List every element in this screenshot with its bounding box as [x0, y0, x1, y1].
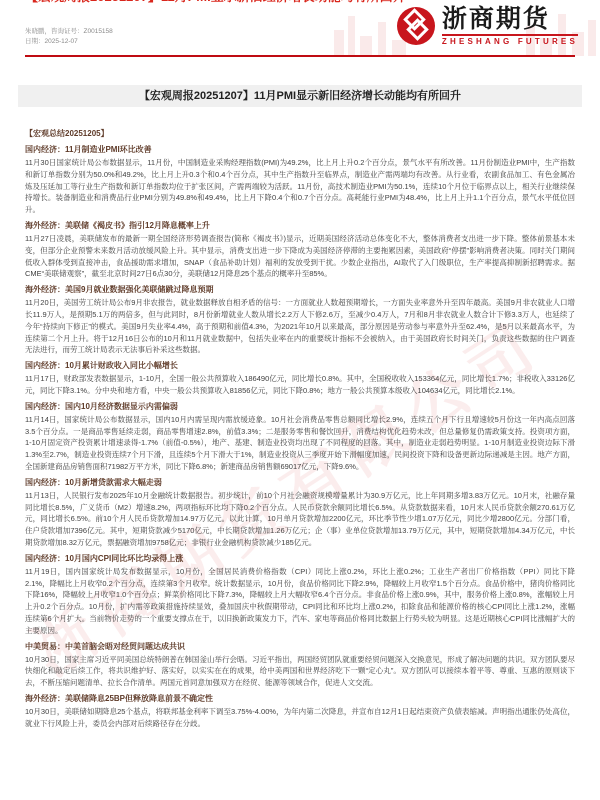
zheshang-futures-logo: 浙商期货 ZHESHANG FUTURES	[396, 6, 578, 46]
summary-heading: 【宏观总结20251205】	[25, 128, 575, 139]
section-paragraph: 11月14日，国家统计局公布数据显示，国内10月内需呈现内需放缓迹象。10月社会…	[25, 414, 575, 473]
author-line: 朱晓鹏，咨询证号：Z0015158	[25, 27, 113, 37]
report-header: 【宏观周报20251207】11月PMI显示新旧经济增长动能均有所回升 朱晓鹏，…	[0, 0, 600, 60]
logo-en-text: ZHESHANG FUTURES	[442, 37, 578, 46]
section-paragraph: 11月20日，美国劳工统计局公布9月非农报告，就业数据释放自相矛盾的信号：一方面…	[25, 297, 575, 356]
report-meta: 朱晓鹏，咨询证号：Z0015158 日期：2025-12-07	[25, 27, 113, 46]
section-paragraph: 11月19日，国内国家统计局发布数据显示，10月份，全国居民消费价格指数（CPI…	[25, 566, 575, 637]
date-line: 日期：2025-12-07	[25, 37, 113, 47]
section-heading: 海外经济：美联储降息25BP但释放降息前景不确定性	[25, 693, 575, 704]
section-paragraph: 11月27日凌晨，美联储发布的最新一期全国经济形势调查报告(简称《褐皮书》)显示…	[25, 233, 575, 280]
document-body: 【宏观总结20251205】 国内经济：11月制造业PMI环比改善 11月30日…	[25, 124, 575, 800]
section-heading: 国内经济：10月累计财政收入同比小幅增长	[25, 360, 575, 371]
section-heading: 国内经济：10月新增贷款需求大幅走弱	[25, 477, 575, 488]
document-title-bar: 【宏观周报20251207】11月PMI显示新旧经济增长动能均有所回升	[18, 85, 582, 107]
logo-cn-text: 浙商期货	[442, 7, 578, 33]
section-paragraph: 10月30日，美联储如期降息25个基点，将联邦基金利率下调至3.75%-4.00…	[25, 706, 575, 730]
report-page: 【宏观周报20251207】11月PMI显示新旧经济增长动能均有所回升 朱晓鹏，…	[0, 0, 600, 800]
report-title: 【宏观周报20251207】11月PMI显示新旧经济增长动能均有所回升	[25, 0, 455, 5]
section-heading: 海外经济：美联储《褐皮书》指引12月降息概率上升	[25, 220, 575, 231]
section-heading: 国内经济：11月制造业PMI环比改善	[25, 144, 575, 155]
section-paragraph: 11月30日国家统计局公布数据显示，11月份，中国制造业采购经理指数(PMI)为…	[25, 157, 575, 216]
section-heading: 国内经济：国内10月经济数据显示内需偏弱	[25, 401, 575, 412]
section-heading: 国内经济：10月国内CPI同比环比均录得上涨	[25, 553, 575, 564]
section-heading: 海外经济：美国9月就业数据强化美联储跳过降息预期	[25, 284, 575, 295]
section-paragraph: 11月13日，人民银行发布2025年10月金融统计数据报告。初步统计，前10个月…	[25, 490, 575, 549]
zheshang-emblem-icon	[396, 6, 436, 46]
section-heading: 中美贸易：中美首脑会晤对经贸问题达成共识	[25, 641, 575, 652]
logo-rule	[442, 34, 578, 36]
section-paragraph: 11月17日，财政部发表数据显示，1-10月，全国一般公共预算收入186490亿…	[25, 373, 575, 397]
header-divider-rule	[25, 55, 575, 57]
section-paragraph: 10月30日，国家主席习近平同美国总统特朗普在韩国釜山举行会晤。习近平指出，两国…	[25, 654, 575, 689]
